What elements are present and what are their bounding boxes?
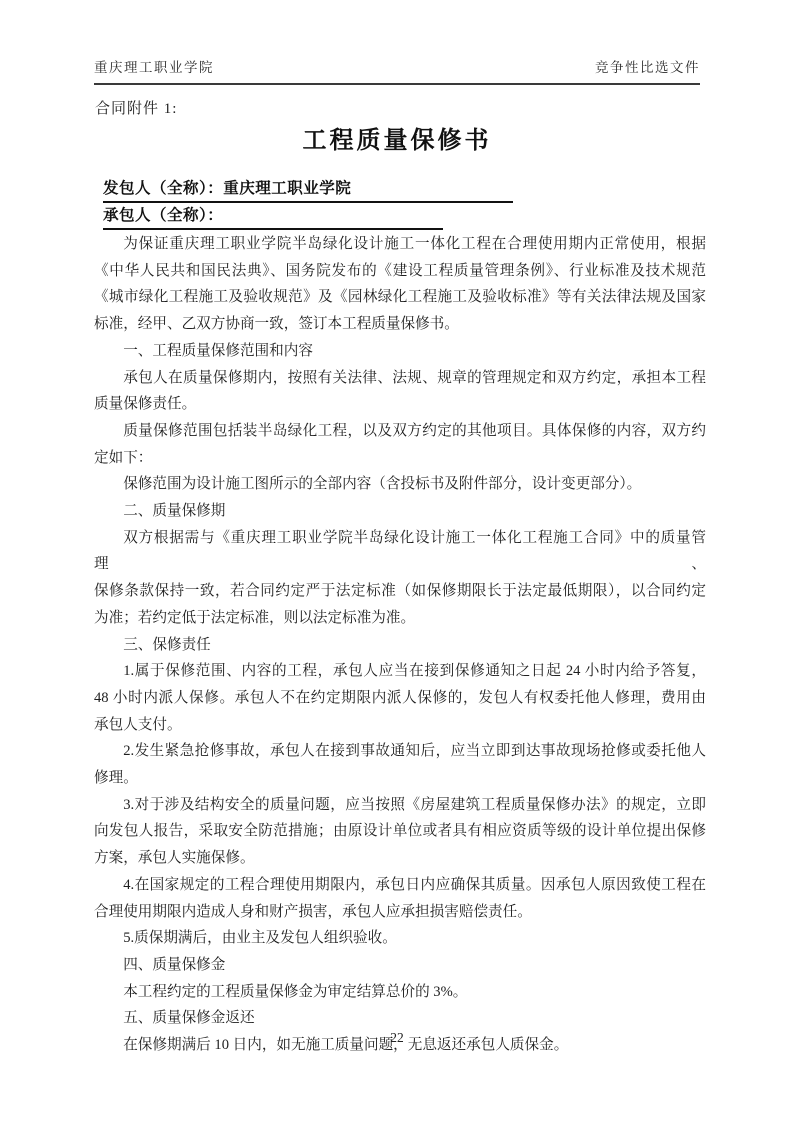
body-line: 向发包人报告，采取安全防范措施；由原设计单位或者具有相应资质等级的设计单位提出保… (94, 818, 706, 845)
body-line: 保修范围为设计施工图所示的全部内容（含投标书及附件部分，设计变更部分）。 (94, 471, 706, 498)
contractor-label: 承包人（全称）： (103, 207, 223, 224)
body-line: 《中华人民共和国民法典》、国务院发布的《建设工程质量管理条例》、行业标准及技术规… (94, 258, 706, 285)
body-line: 双方根据需与《重庆理工职业学院半岛绿化设计施工一体化工程施工合同》中的质量管理、 (94, 525, 706, 578)
body-line: 4.在国家规定的工程合理使用期限内，承包日内应确保其质量。因承包人原因致使工程在 (94, 872, 706, 899)
body-line: 1.属于保修范围、内容的工程，承包人应当在接到保修通知之日起 24 小时内给予答… (94, 658, 706, 685)
body-line: 承包人支付。 (94, 712, 706, 739)
body-line: 48 小时内派人保修。承包人不在约定期限内派人保修的，发包人有权委托他人修理，费… (94, 685, 706, 712)
party-row-contractor: 承包人（全称）： (103, 204, 513, 230)
body-line: 质量保修范围包括装半岛绿化工程，以及双方约定的其他项目。具体保修的内容，双方约 (94, 418, 706, 445)
employer-underline: 发包人（全称）：重庆理工职业学院 (103, 177, 513, 203)
body-line: 2.发生紧急抢修事故，承包人在接到事故通知后，应当立即到达事故现场抢修或委托他人 (94, 738, 706, 765)
body-line: 5.质保期满后，由业主及发包人组织验收。 (94, 925, 706, 952)
body-line: 保修条款保持一致，若合同约定严于法定标准（如保修期限长于法定最低期限），以合同约… (94, 578, 706, 605)
page-number: 22 (0, 1030, 794, 1046)
employer-value: 重庆理工职业学院 (223, 180, 351, 197)
party-row-employer: 发包人（全称）：重庆理工职业学院 (103, 177, 513, 203)
body-line: 3.对于涉及结构安全的质量问题，应当按照《房屋建筑工程质量保修办法》的规定，立即 (94, 792, 706, 819)
body-line: 合理使用期限内造成人身和财产损害，承包人应承担损害赔偿责任。 (94, 899, 706, 926)
body-text: 为保证重庆理工职业学院半岛绿化设计施工一体化工程在合理使用期内正常使用，根据《中… (94, 231, 706, 1059)
body-line: 为保证重庆理工职业学院半岛绿化设计施工一体化工程在合理使用期内正常使用，根据 (94, 231, 706, 258)
body-line: 二、质量保修期 (94, 498, 706, 525)
body-line: 五、质量保修金返还 (94, 1005, 706, 1032)
parties-block: 发包人（全称）：重庆理工职业学院 承包人（全称）： (103, 177, 513, 231)
body-line: 四、质量保修金 (94, 952, 706, 979)
header-doc-type: 竞争性比选文件 (595, 56, 700, 76)
body-line: 一、工程质量保修范围和内容 (94, 338, 706, 365)
body-line: 三、保修责任 (94, 632, 706, 659)
body-line: 方案，承包人实施保修。 (94, 845, 706, 872)
body-line: 修理。 (94, 765, 706, 792)
page-title: 工程质量保修书 (0, 120, 794, 155)
contractor-underline: 承包人（全称）： (103, 204, 443, 230)
employer-label: 发包人（全称）： (103, 180, 223, 197)
body-line: 本工程约定的工程质量保修金为审定结算总价的 3%。 (94, 979, 706, 1006)
header-school-name: 重庆理工职业学院 (94, 56, 214, 76)
attachment-label: 合同附件 1: (95, 97, 177, 118)
page-header: 重庆理工职业学院 竞争性比选文件 (94, 56, 700, 85)
body-line: 为准；若约定低于法定标准，则以法定标准为准。 (94, 605, 706, 632)
document-page: 重庆理工职业学院 竞争性比选文件 合同附件 1: 工程质量保修书 发包人（全称）… (0, 0, 794, 1122)
body-line: 《城市绿化工程施工及验收规范》及《园林绿化工程施工及验收标准》等有关法律法规及国… (94, 284, 706, 311)
body-line: 质量保修责任。 (94, 391, 706, 418)
body-line: 承包人在质量保修期内，按照有关法律、法规、规章的管理规定和双方约定，承担本工程 (94, 365, 706, 392)
body-line: 标准，经甲、乙双方协商一致，签订本工程质量保修书。 (94, 311, 706, 338)
body-line: 定如下： (94, 445, 706, 472)
